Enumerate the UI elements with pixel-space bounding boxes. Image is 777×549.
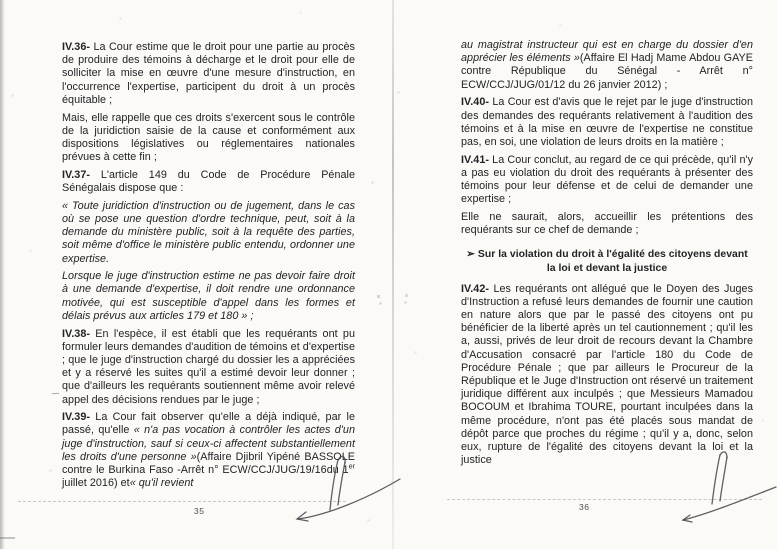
text-segment: IV.37- (62, 169, 101, 181)
text-segment: « Toute juridiction d'instruction ou de … (62, 200, 355, 265)
paragraph: IV.40- La Cour est d'avis que le rejet p… (461, 96, 753, 149)
text-segment: Mais, elle rappelle que ces droits s'exe… (62, 112, 355, 164)
text-segment: IV.42- (461, 283, 493, 295)
margin-mark (52, 393, 59, 395)
text-segment: IV.36- (62, 41, 93, 53)
paragraph: Lorsque le juge d'instruction estime ne … (62, 270, 355, 323)
paragraph: Mais, elle rappelle que ces droits s'exe… (62, 112, 355, 165)
text-segment: IV.41- (461, 154, 492, 166)
right-page-text: au magistrat instructeur qui est en char… (461, 39, 753, 472)
text-segment: juillet 2016) et (62, 477, 130, 489)
left-page-text: IV.36- La Cour estime que le droit pour … (62, 41, 355, 495)
page-number-right: 36 (579, 502, 589, 512)
paragraph: « Toute juridiction d'instruction ou de … (62, 200, 355, 266)
scanned-document: IV.36- La Cour estime que le droit pour … (0, 0, 777, 549)
text-segment: La Cour estime que le droit pour une par… (62, 41, 355, 106)
scan-noise (0, 0, 1, 1)
text-segment: Elle ne saurait, alors, accueillir les p… (461, 211, 753, 236)
text-segment: La Cour conclut, au regard de ce qui pré… (461, 154, 753, 206)
text-segment: En l'espèce, il est établi que les requé… (62, 328, 355, 406)
text-segment: Lorsque le juge d'instruction estime ne … (62, 270, 355, 322)
text-segment: ➢ Sur la violation du droit à l'égalité … (466, 249, 747, 274)
section-heading: ➢ Sur la violation du droit à l'égalité … (462, 248, 752, 275)
paragraph: IV.41- La Cour conclut, au regard de ce … (461, 154, 753, 207)
paragraph: Elle ne saurait, alors, accueillir les p… (461, 211, 753, 237)
text-segment: L'article 149 du Code de Procédure Pénal… (62, 169, 355, 194)
paragraph: IV.42- Les requérants ont allégué que le… (461, 283, 753, 468)
paragraph: IV.38- En l'espèce, il est établi que le… (62, 328, 355, 407)
scan-edge-shadow (0, 0, 5, 549)
handwritten-paraph-right-icon (678, 446, 777, 531)
text-segment: « qu'il revient (130, 477, 194, 489)
corner-mark (0, 537, 15, 539)
text-segment: La Cour est d'avis que le rejet par le j… (461, 96, 753, 148)
paragraph: IV.37- L'article 149 du Code de Procédur… (62, 169, 355, 195)
handwritten-paraph-left-icon (288, 448, 406, 533)
page-number-left: 35 (194, 506, 204, 516)
text-segment: IV.38- (62, 328, 95, 340)
paragraph: IV.36- La Cour estime que le droit pour … (62, 41, 355, 107)
paragraph: au magistrat instructeur qui est en char… (461, 39, 753, 92)
text-segment: IV.39- (62, 411, 95, 423)
text-segment: Les requérants ont allégué que le Doyen … (461, 283, 753, 467)
text-segment: IV.40- (461, 96, 492, 108)
